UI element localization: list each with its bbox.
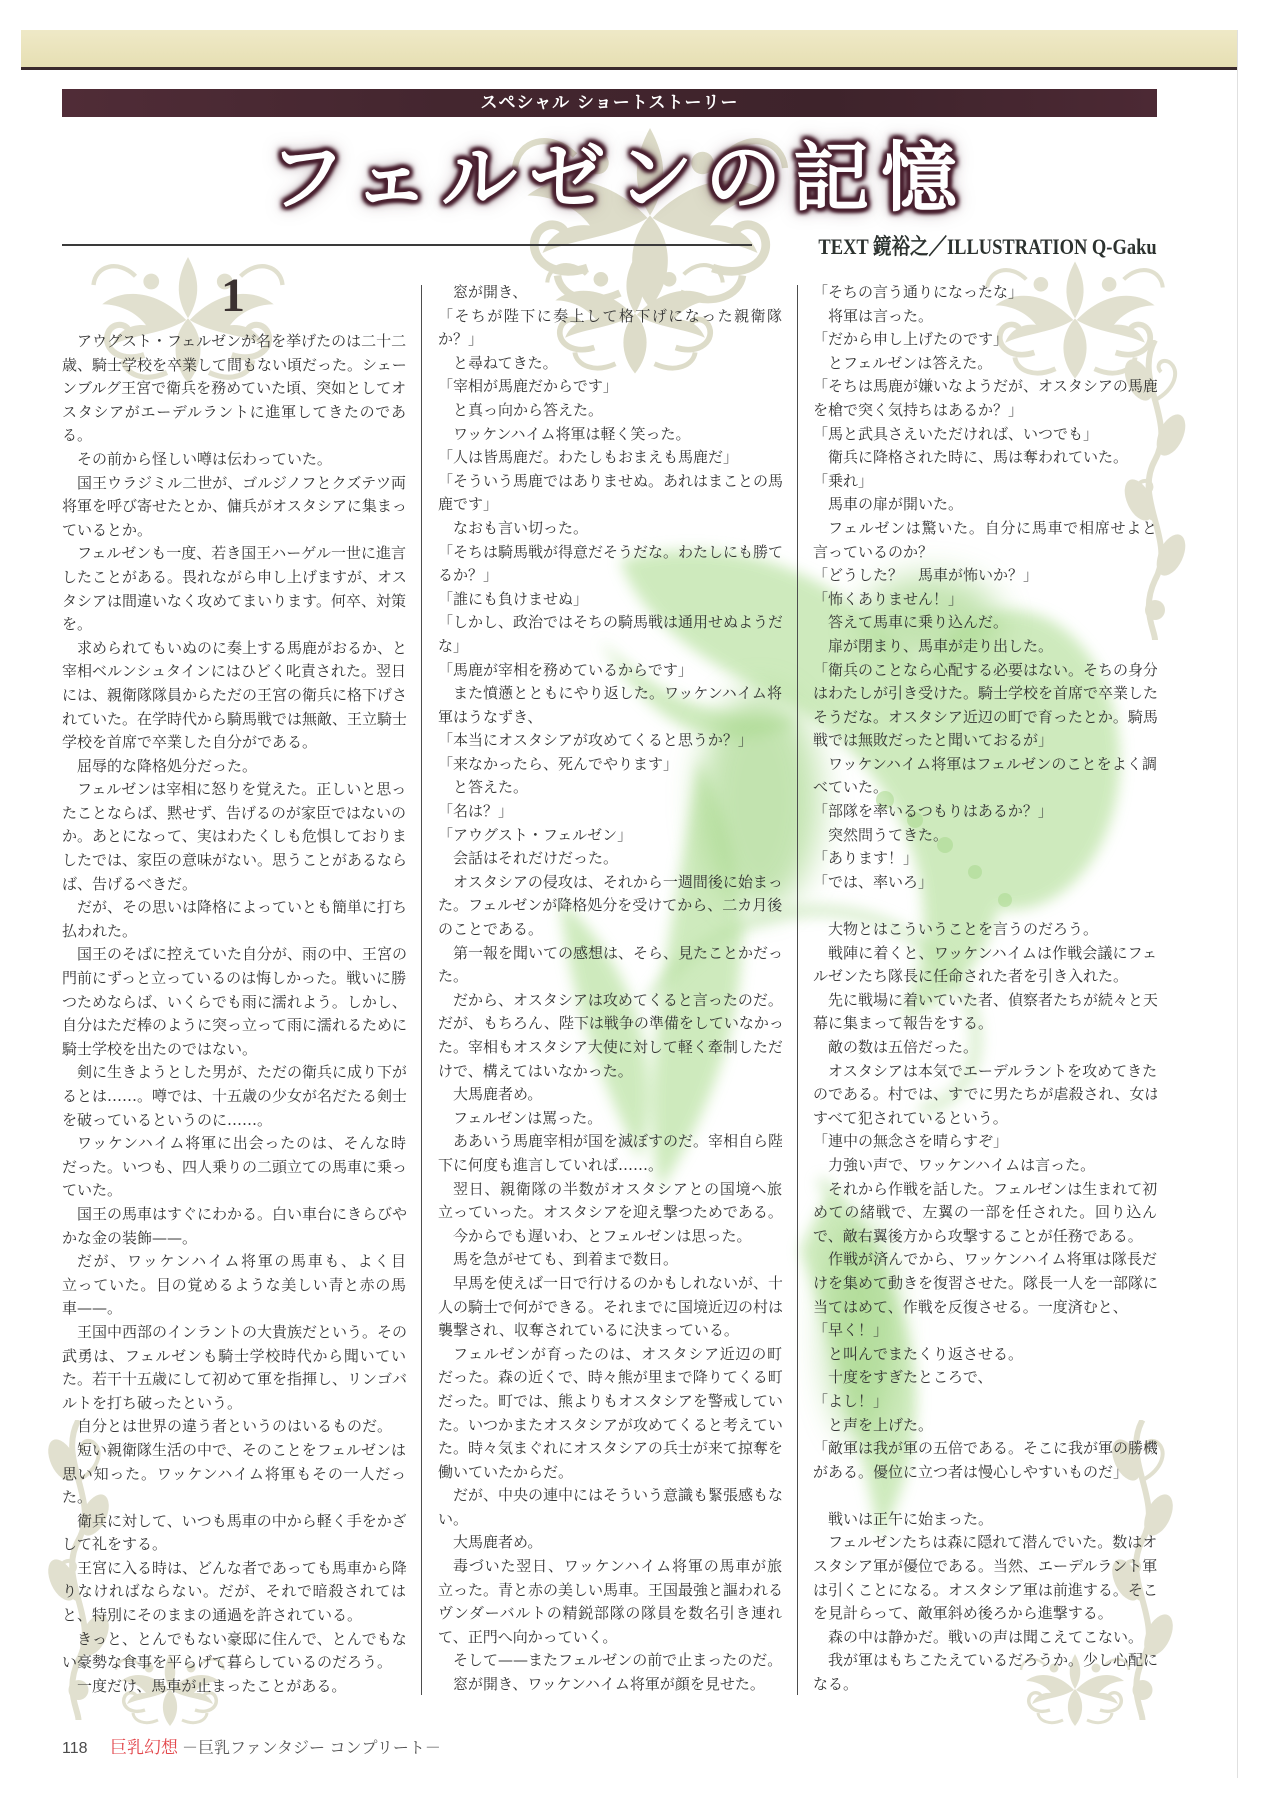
text-line: だった。森の近くで、時々熊が里まで降りてくる町 — [438, 1366, 782, 1390]
text-line: 「宰相が馬鹿だからです」 — [438, 375, 782, 399]
text-line: た。 — [438, 965, 782, 989]
text-line: 将軍は言った。 — [813, 305, 1157, 329]
narration-paragraph: 早馬を使えば一日で行けるのかもしれないが、十人の騎士で何ができる。それまでに国境… — [438, 1272, 782, 1343]
text-line: 「馬と武具さえいただければ、いつでも」 — [813, 423, 1157, 447]
text-line: フェルゼンは驚いた。自分に馬車で相席せよと — [813, 517, 1157, 541]
text-line: 突然問うてきた。 — [813, 824, 1157, 848]
text-line: 襲撃され、収奪されているに決まっている。 — [438, 1319, 782, 1343]
narration-paragraph: 十度をすぎたところで、 — [813, 1366, 1157, 1390]
text-line: だが、ワッケンハイム将軍の馬車も、よく目 — [62, 1250, 406, 1274]
text-line: を見計らって、敵軍斜め後ろから進撃する。 — [813, 1602, 1157, 1626]
scene-break — [813, 1484, 1157, 1508]
text-line: また憤懣とともにやり返した。ワッケンハイム将 — [438, 682, 782, 706]
narration-paragraph: ワッケンハイム将軍に出会ったのは、そんな時だった。いつも、四人乗りの二頭立ての馬… — [62, 1132, 406, 1203]
text-line: したでは、家臣の意味がない。思うことがあるなら — [62, 849, 406, 873]
text-line: 言っているのか？ — [813, 541, 1157, 565]
narration-paragraph: 屈辱的な降格処分だった。 — [62, 755, 406, 779]
text-line: た。 — [62, 1486, 406, 1510]
text-line: た。フェルゼンが降格処分を受けてから、二カ月後 — [438, 894, 782, 918]
text-line: 戦では無敗だったと聞いておるが」 — [813, 729, 1157, 753]
text-line: と尋ねてきた。 — [438, 352, 782, 376]
text-line: のことである。 — [438, 918, 782, 942]
text-line: 立った。青と赤の美しい馬車。王国最強と謳われる — [438, 1579, 782, 1603]
narration-paragraph: フェルゼンたちは森に隠れて潜んでいた。数はオスタシア軍が優位である。当然、エーデ… — [813, 1531, 1157, 1625]
narration-paragraph: フェルゼンは罵った。 — [438, 1107, 782, 1131]
text-line: か？」 — [438, 328, 782, 352]
text-line: だが、その思いは降格によっていとも簡単に打ち — [62, 896, 406, 920]
text-line: ルトを打ち破ったという。 — [62, 1392, 406, 1416]
dialogue-paragraph: 「名は？」 — [438, 800, 782, 824]
narration-paragraph: なおも言い切った。 — [438, 517, 782, 541]
text-line: 「敵軍は我が軍の五倍である。そこに我が軍の勝機 — [813, 1437, 1157, 1461]
narration-paragraph: 突然問うてきた。 — [813, 824, 1157, 848]
magazine-page: スペシャル ショートストーリー フェルゼンの記憶 TEXT 鏡裕之／ILLUST… — [0, 0, 1270, 1801]
text-line: な」 — [438, 635, 782, 659]
text-line: 「怖くありません！」 — [813, 588, 1157, 612]
text-line: れていた。在学時代から騎馬戦では無敵、王立騎士 — [62, 708, 406, 732]
text-line: して礼をする。 — [62, 1533, 406, 1557]
narration-paragraph: 将軍は言った。 — [813, 305, 1157, 329]
text-line: ルゼンたち隊長に任命された者を引き入れた。 — [813, 965, 1157, 989]
text-line: 立っていった。オスタシアを迎え撃つためである。 — [438, 1201, 782, 1225]
text-line: オスタシアは本気でエーデルラントを攻めてきた — [813, 1060, 1157, 1084]
narration-paragraph: そして——またフェルゼンの前で止まったのだ。 — [438, 1649, 782, 1673]
text-line: 答えて馬車に乗り込んだ。 — [813, 611, 1157, 635]
narration-paragraph: 我が軍はもちこたえているだろうか。少し心配になる。 — [813, 1649, 1157, 1696]
narration-paragraph: 答えて馬車に乗り込んだ。 — [813, 611, 1157, 635]
text-line: 今からでも遅いわ、とフェルゼンは思った。 — [438, 1225, 782, 1249]
text-line: 「名は？」 — [438, 800, 782, 824]
text-line: 立っていた。目の覚めるような美しい青と赤の馬 — [62, 1274, 406, 1298]
text-line: る。 — [62, 424, 406, 448]
text-line: その前から怪しい噂は伝わっていた。 — [62, 448, 406, 472]
page-edge-line — [1237, 30, 1238, 1778]
chapter-number: 1 — [62, 268, 404, 324]
narration-paragraph: 馬車の扉が開いた。 — [813, 493, 1157, 517]
text-line: を。 — [62, 613, 406, 637]
narration-paragraph: とフェルゼンは答えた。 — [813, 352, 1157, 376]
narration-paragraph: ワッケンハイム将軍は軽く笑った。 — [438, 423, 782, 447]
narration-paragraph: 自分とは世界の違う者というのはいるものだ。 — [62, 1415, 406, 1439]
text-line: そうだな。オスタシア近辺の町で育ったとか。騎馬 — [813, 706, 1157, 730]
narration-paragraph: 求められてもいぬのに奏上する馬鹿がおるか、と宰相ベルンシュタインにはひどく叱責さ… — [62, 637, 406, 755]
text-line: 「では、率いろ」 — [813, 871, 1157, 895]
text-line: フェルゼンは罵った。 — [438, 1107, 782, 1131]
dialogue-paragraph: 「馬と武具さえいただければ、いつでも」 — [813, 423, 1157, 447]
narration-paragraph: 翌日、親衛隊の半数がオスタシアとの国境へ旅立っていった。オスタシアを迎え撃つため… — [438, 1178, 782, 1225]
text-line: た。若干十五歳にして初めて軍を指揮し、リンゴバ — [62, 1368, 406, 1392]
text-line: 王宮に入る時は、どんな者であっても馬車から降 — [62, 1557, 406, 1581]
dialogue-paragraph: 「どうした？ 馬車が怖いか？」 — [813, 564, 1157, 588]
text-line: 「そちは騎馬戦が得意だそうだな。わたしにも勝て — [438, 541, 782, 565]
dialogue-paragraph: 「だから申し上げたのです」 — [813, 328, 1157, 352]
text-line: 敵の数は五倍だった。 — [813, 1036, 1157, 1060]
text-line: 森の中は静かだ。戦いの声は聞こえてこない。 — [813, 1626, 1157, 1650]
text-line: 王国中西部のインラントの大貴族だという。その — [62, 1321, 406, 1345]
text-line: 思い知った。ワッケンハイム将軍もその一人だっ — [62, 1463, 406, 1487]
text-line: 衛兵に降格された時に、馬は奪われていた。 — [813, 446, 1157, 470]
narration-paragraph: 国王のそばに控えていた自分が、雨の中、王宮の門前にずっと立っているのは悔しかった… — [62, 943, 406, 1061]
narration-paragraph: ワッケンハイム将軍はフェルゼンのことをよく調べていた。 — [813, 753, 1157, 800]
text-line: 馬を急がせても、到着まで数日。 — [438, 1248, 782, 1272]
narration-paragraph: 短い親衛隊生活の中で、そのことをフェルゼンは思い知った。ワッケンハイム将軍もその… — [62, 1439, 406, 1510]
narration-paragraph: それから作戦を話した。フェルゼンは生まれて初めての緒戦で、左翼の一部を任された。… — [813, 1178, 1157, 1249]
text-line: 「そちが陛下に奏上して格下げになった親衛隊 — [438, 305, 782, 329]
text-line: つためならば、いくらでも雨に濡れよう。しかし、 — [62, 991, 406, 1015]
text-line: アウグスト・フェルゼンが名を挙げたのは二十二 — [62, 330, 406, 354]
text-line: 戦いは正午に始まった。 — [813, 1508, 1157, 1532]
narration-paragraph: 会話はそれだけだった。 — [438, 847, 782, 871]
text-line: べていた。 — [813, 776, 1157, 800]
narration-paragraph: と叫んでまたくり返させる。 — [813, 1343, 1157, 1367]
narration-paragraph: 力強い声で、ワッケンハイムは言った。 — [813, 1154, 1157, 1178]
dialogue-paragraph: 「敵軍は我が軍の五倍である。そこに我が軍の勝機がある。優位に立つ者は慢心しやすい… — [813, 1437, 1157, 1484]
text-line: 馬車の扉が開いた。 — [813, 493, 1157, 517]
text-line: スタシアがエーデルラントに進軍してきたのであ — [62, 401, 406, 425]
text-line: には、親衛隊隊員からただの王宮の衛兵に格下げさ — [62, 684, 406, 708]
text-line: フェルゼンたちは森に隠れて潜んでいた。数はオ — [813, 1531, 1157, 1555]
text-line: 第一報を聞いての感想は、そら、見たことかだっ — [438, 942, 782, 966]
narration-paragraph: 剣に生きようとした男が、ただの衛兵に成り下がるとは……。噂では、十五歳の少女が名… — [62, 1061, 406, 1132]
narration-paragraph: フェルゼンは宰相に怒りを覚えた。正しいと思ったことならば、黙せず、告げるのが家臣… — [62, 778, 406, 896]
text-line: 「人は皆馬鹿だ。わたしもおまえも馬鹿だ」 — [438, 446, 782, 470]
text-line: フェルゼンも一度、若き国王ハーゲル一世に進言 — [62, 542, 406, 566]
text-line: 我が軍はもちこたえているだろうか。少し心配に — [813, 1649, 1157, 1673]
text-line: ンブルグ王宮で衛兵を務めていた頃、突如としてオ — [62, 377, 406, 401]
text-line: スタシア軍が優位である。当然、エーデルラント軍 — [813, 1555, 1157, 1579]
text-line: と、特別にそのままの通過を許されている。 — [62, 1604, 406, 1628]
dialogue-paragraph: 「乗れ」 — [813, 470, 1157, 494]
text-line: とフェルゼンは答えた。 — [813, 352, 1157, 376]
text-line: はわたしが引き受けた。騎士学校を首席で卒業した — [813, 682, 1157, 706]
narration-paragraph: 王宮に入る時は、どんな者であっても馬車から降りなければならない。だが、それで暗殺… — [62, 1557, 406, 1628]
dialogue-paragraph: 「しかし、政治ではそちの騎馬戦は通用せぬようだな」 — [438, 611, 782, 658]
byline-rule — [62, 244, 752, 246]
dialogue-paragraph: 「そちは馬鹿が嫌いなようだが、オスタシアの馬鹿を槍で突く気持ちはあるか？」 — [813, 375, 1157, 422]
narration-paragraph: 国王ウラジミル二世が、ゴルジノフとクズテツ両将軍を呼び寄せたとか、傭兵がオスタシ… — [62, 472, 406, 543]
text-line: た。宰相もオスタシア大使に対して軽く牽制しただ — [438, 1036, 782, 1060]
text-line: だが、もちろん、陛下は戦争の準備をしていなかっ — [438, 1012, 782, 1036]
dialogue-paragraph: 「そちが陛下に奏上して格下げになった親衛隊か？」 — [438, 305, 782, 352]
text-line: 「そちの言う通りになったな」 — [813, 281, 1157, 305]
text-line: それから作戦を話した。フェルゼンは生まれて初 — [813, 1178, 1157, 1202]
narration-paragraph: 窓が開き、 — [438, 281, 782, 305]
text-line: 短い親衛隊生活の中で、そのことをフェルゼンは — [62, 1439, 406, 1463]
dialogue-paragraph: 「馬鹿が宰相を務めているからです」 — [438, 659, 782, 683]
text-line: は引くことになる。オスタシア軍は前進する。そこ — [813, 1579, 1157, 1603]
narration-paragraph: 王国中西部のインラントの大貴族だという。その武勇は、フェルゼンも騎士学校時代から… — [62, 1321, 406, 1415]
narration-paragraph: オスタシアは本気でエーデルラントを攻めてきたのである。村では、すでに男たちが虐殺… — [813, 1060, 1157, 1131]
text-line: 先に戦場に着いていた者、偵察者たちが続々と天 — [813, 989, 1157, 1013]
text-line: と声を上げた。 — [813, 1414, 1157, 1438]
text-line: 「乗れ」 — [813, 470, 1157, 494]
dialogue-paragraph: 「連中の無念さを晴らすぞ」 — [813, 1130, 1157, 1154]
dialogue-paragraph: 「来なかったら、死んでやります」 — [438, 753, 782, 777]
text-line: 自分はただ棒のように突っ立って雨に濡れるために — [62, 1014, 406, 1038]
narration-paragraph: 一度だけ、馬車が止まったことがある。 — [62, 1675, 406, 1699]
text-line: 屈辱的な降格処分だった。 — [62, 755, 406, 779]
narration-paragraph: アウグスト・フェルゼンが名を挙げたのは二十二歳、騎士学校を卒業して間もない頃だっ… — [62, 330, 406, 448]
book-subtitle: －巨乳ファンタジー コンプリート－ — [182, 1740, 441, 1757]
narration-paragraph: 作戦が済んでから、ワッケンハイム将軍は隊長だけを集めて動きを復習させた。隊長一人… — [813, 1248, 1157, 1319]
text-line: 武勇は、フェルゼンも騎士学校時代から聞いてい — [62, 1345, 406, 1369]
dialogue-paragraph: 「早く！」 — [813, 1319, 1157, 1343]
narration-paragraph: また憤懣とともにやり返した。ワッケンハイム将軍はうなずき、 — [438, 682, 782, 729]
text-line: タシアは間違いなく攻めてまいります。何卒、対策 — [62, 590, 406, 614]
text-line: そして——またフェルゼンの前で止まったのだ。 — [438, 1649, 782, 1673]
text-line: 衛兵に対して、いつも馬車の中から軽く手をかざ — [62, 1510, 406, 1534]
text-line: 大物とはこういうことを言うのだろう。 — [813, 918, 1157, 942]
text-line: 学校を首席で卒業した自分がである。 — [62, 731, 406, 755]
dialogue-paragraph: 「誰にも負けませぬ」 — [438, 588, 782, 612]
text-line: 「馬鹿が宰相を務めているからです」 — [438, 659, 782, 683]
dialogue-paragraph: 「そちは騎馬戦が得意だそうだな。わたしにも勝てるか？」 — [438, 541, 782, 588]
text-line: るとは……。噂では、十五歳の少女が名だたる剣士 — [62, 1085, 406, 1109]
narration-paragraph: だが、中央の連中にはそういう意識も緊張感もない。 — [438, 1484, 782, 1531]
text-line: 払われた。 — [62, 920, 406, 944]
text-line: と叫んでまたくり返させる。 — [813, 1343, 1157, 1367]
narration-paragraph: 扉が閉まり、馬車が走り出した。 — [813, 635, 1157, 659]
text-line: 人の騎士で何ができる。それまでに国境近辺の村は — [438, 1296, 782, 1320]
text-line: だから、オスタシアは攻めてくると言ったのだ。 — [438, 989, 782, 1013]
text-line: 剣に生きようとした男が、ただの衛兵に成り下が — [62, 1061, 406, 1085]
text-line: 「来なかったら、死んでやります」 — [438, 753, 782, 777]
text-line: したことがある。畏れながら申し上げますが、オス — [62, 566, 406, 590]
series-banner: スペシャル ショートストーリー — [62, 89, 1157, 117]
narration-paragraph: 戦いは正午に始まった。 — [813, 1508, 1157, 1532]
text-line: きっと、とんでもない豪邸に住んで、とんでもな — [62, 1628, 406, 1652]
text-line: 会話はそれだけだった。 — [438, 847, 782, 871]
text-line: 求められてもいぬのに奏上する馬鹿がおるか、と — [62, 637, 406, 661]
text-line: 十度をすぎたところで、 — [813, 1366, 1157, 1390]
narration-paragraph: だから、オスタシアは攻めてくると言ったのだ。だが、もちろん、陛下は戦争の準備をし… — [438, 989, 782, 1083]
text-line: フェルゼンは宰相に怒りを覚えた。正しいと思っ — [62, 778, 406, 802]
text-line: 「あります！」 — [813, 847, 1157, 871]
text-line: 「だから申し上げたのです」 — [813, 328, 1157, 352]
text-line: ていた。 — [62, 1179, 406, 1203]
text-line: ああいう馬鹿宰相が国を滅ぼすのだ。宰相自ら陛 — [438, 1130, 782, 1154]
narration-paragraph: 窓が開き、ワッケンハイム将軍が顔を見せた。 — [438, 1673, 782, 1697]
text-line: 「本当にオスタシアが攻めてくると思うか？」 — [438, 729, 782, 753]
narration-paragraph: フェルゼンは驚いた。自分に馬車で相席せよと言っているのか？ — [813, 517, 1157, 564]
text-line: けで、構えてはいなかった。 — [438, 1060, 782, 1084]
text-line: 「連中の無念さを晴らすぞ」 — [813, 1130, 1157, 1154]
text-line: 鹿です」 — [438, 493, 782, 517]
text-line: 「そちは馬鹿が嫌いなようだが、オスタシアの馬鹿 — [813, 375, 1157, 399]
page-footer: 118巨乳幻想－巨乳ファンタジー コンプリート－ — [62, 1737, 441, 1759]
text-line: 働いていたからだ。 — [438, 1461, 782, 1485]
text-line: 「しかし、政治ではそちの騎馬戦は通用せぬようだ — [438, 611, 782, 635]
text-line: 自分とは世界の違う者というのはいるものだ。 — [62, 1415, 406, 1439]
text-line: 「部隊を率いるつもりはあるか？」 — [813, 800, 1157, 824]
text-line: と答えた。 — [438, 776, 782, 800]
narration-paragraph: 大馬鹿者め。 — [438, 1083, 782, 1107]
story-title: フェルゼンの記憶 — [0, 136, 1226, 220]
text-line: 作戦が済んでから、ワッケンハイム将軍は隊長だ — [813, 1248, 1157, 1272]
text-line: だった。いつも、四人乗りの二頭立ての馬車に乗っ — [62, 1156, 406, 1180]
text-line: を槍で突く気持ちはあるか？」 — [813, 399, 1157, 423]
text-line: なる。 — [813, 1673, 1157, 1697]
text-line: 早馬を使えば一日で行けるのかもしれないが、十 — [438, 1272, 782, 1296]
text-line: 宰相ベルンシュタインにはひどく叱責された。翌日 — [62, 660, 406, 684]
text-line: 騎士学校を出たのではない。 — [62, 1038, 406, 1062]
text-line: 一度だけ、馬車が止まったことがある。 — [62, 1675, 406, 1699]
narration-paragraph: 馬を急がせても、到着まで数日。 — [438, 1248, 782, 1272]
narration-paragraph: 敵の数は五倍だった。 — [813, 1036, 1157, 1060]
byline-credits: TEXT 鏡裕之／ILLUSTRATION Q-Gaku — [819, 233, 1157, 261]
dialogue-paragraph: 「よし！」 — [813, 1390, 1157, 1414]
dialogue-paragraph: 「人は皆馬鹿だ。わたしもおまえも馬鹿だ」 — [438, 446, 782, 470]
narration-paragraph: ああいう馬鹿宰相が国を滅ぼすのだ。宰相自ら陛下に何度も進言していれば……。 — [438, 1130, 782, 1177]
column-divider — [797, 285, 798, 1695]
narration-paragraph: 大馬鹿者め。 — [438, 1531, 782, 1555]
narration-paragraph: 森の中は静かだ。戦いの声は聞こえてこない。 — [813, 1626, 1157, 1650]
text-line: 国王ウラジミル二世が、ゴルジノフとクズテツ両 — [62, 472, 406, 496]
text-line: めての緒戦で、左翼の一部を任された。回り込ん — [813, 1201, 1157, 1225]
narration-paragraph: 衛兵に降格された時に、馬は奪われていた。 — [813, 446, 1157, 470]
text-line: ヴンダーバルトの精鋭部隊の隊員を数名引き連れ — [438, 1602, 782, 1626]
dialogue-paragraph: 「では、率いろ」 — [813, 871, 1157, 895]
narration-paragraph: 衛兵に対して、いつも馬車の中から軽く手をかざして礼をする。 — [62, 1510, 406, 1557]
text-line: と真っ向から答えた。 — [438, 399, 782, 423]
text-line: 「よし！」 — [813, 1390, 1157, 1414]
text-line: 大馬鹿者め。 — [438, 1531, 782, 1555]
text-line: 軍はうなずき、 — [438, 706, 782, 730]
dialogue-paragraph: 「怖くありません！」 — [813, 588, 1157, 612]
narration-paragraph: 毒づいた翌日、ワッケンハイム将軍の馬車が旅立った。青と赤の美しい馬車。王国最強と… — [438, 1555, 782, 1649]
narration-paragraph: 国王の馬車はすぐにわかる。白い車台にきらびやかな金の装飾——。 — [62, 1203, 406, 1250]
text-line: ワッケンハイム将軍はフェルゼンのことをよく調 — [813, 753, 1157, 777]
text-line: 力強い声で、ワッケンハイムは言った。 — [813, 1154, 1157, 1178]
text-line: か。あとになって、実はわたくしも危惧しておりま — [62, 825, 406, 849]
text-line: 当てはめて、作戦を反復させる。一度済むと、 — [813, 1296, 1157, 1320]
text-line: のである。村では、すでに男たちが虐殺され、女は — [813, 1083, 1157, 1107]
text-line: 毒づいた翌日、ワッケンハイム将軍の馬車が旅 — [438, 1555, 782, 1579]
narration-paragraph: 今からでも遅いわ、とフェルゼンは思った。 — [438, 1225, 782, 1249]
text-line: だった。町では、熊よりもオスタシアを警戒してい — [438, 1390, 782, 1414]
text-line: 窓が開き、 — [438, 281, 782, 305]
text-line: ワッケンハイム将軍は軽く笑った。 — [438, 423, 782, 447]
text-line: い。 — [438, 1508, 782, 1532]
text-line: 国王のそばに控えていた自分が、雨の中、王宮の — [62, 943, 406, 967]
text-line: すべて犯されているという。 — [813, 1107, 1157, 1131]
text-line: ているとか。 — [62, 519, 406, 543]
text-line: た。時々気まぐれにオスタシアの兵士が来て掠奪を — [438, 1437, 782, 1461]
text-line: だが、中央の連中にはそういう意識も緊張感もな — [438, 1484, 782, 1508]
text-line: 「誰にも負けませぬ」 — [438, 588, 782, 612]
narration-paragraph: 第一報を聞いての感想は、そら、見たことかだった。 — [438, 942, 782, 989]
dialogue-paragraph: 「あります！」 — [813, 847, 1157, 871]
text-line: 「早く！」 — [813, 1319, 1157, 1343]
narration-paragraph: オスタシアの侵攻は、それから一週間後に始まった。フェルゼンが降格処分を受けてから… — [438, 871, 782, 942]
text-line: たことならば、黙せず、告げるのが家臣ではないの — [62, 802, 406, 826]
text-line: 「どうした？ 馬車が怖いか？」 — [813, 564, 1157, 588]
narration-paragraph: と声を上げた。 — [813, 1414, 1157, 1438]
book-title: 巨乳幻想 — [110, 1738, 178, 1757]
text-line: オスタシアの侵攻は、それから一週間後に始まっ — [438, 871, 782, 895]
text-column-3: 「そちの言う通りになったな」将軍は言った。「だから申し上げたのです」とフェルゼン… — [813, 281, 1157, 1697]
dialogue-paragraph: 「そういう馬鹿ではありませぬ。あれはまことの馬鹿です」 — [438, 470, 782, 517]
narration-paragraph: と真っ向から答えた。 — [438, 399, 782, 423]
text-line: がある。優位に立つ者は慢心しやすいものだ」 — [813, 1461, 1157, 1485]
text-line: 「衛兵のことなら心配する必要はない。そちの身分 — [813, 659, 1157, 683]
text-line: るか？」 — [438, 564, 782, 588]
text-line: 「アウグスト・フェルゼン」 — [438, 824, 782, 848]
narration-paragraph: 先に戦場に着いていた者、偵察者たちが続々と天幕に集まって報告をする。 — [813, 989, 1157, 1036]
column-divider — [421, 285, 422, 1695]
scene-break — [813, 894, 1157, 918]
text-line: 歳、騎士学校を卒業して間もない頃だった。シェー — [62, 354, 406, 378]
text-line: を破っているというのに……。 — [62, 1109, 406, 1133]
text-line: で、敵右翼後方から攻撃することが任務である。 — [813, 1225, 1157, 1249]
dialogue-paragraph: 「宰相が馬鹿だからです」 — [438, 375, 782, 399]
narration-paragraph: 戦陣に着くと、ワッケンハイムは作戦会議にフェルゼンたち隊長に任命された者を引き入… — [813, 942, 1157, 989]
dialogue-paragraph: 「部隊を率いるつもりはあるか？」 — [813, 800, 1157, 824]
page-number: 118 — [62, 1738, 110, 1760]
narration-paragraph: フェルゼンが育ったのは、オスタシア近辺の町だった。森の近くで、時々熊が里まで降り… — [438, 1343, 782, 1485]
narration-paragraph: 大物とはこういうことを言うのだろう。 — [813, 918, 1157, 942]
text-line: 翌日、親衛隊の半数がオスタシアとの国境へ旅 — [438, 1178, 782, 1202]
text-line: けを集めて動きを復習させた。隊長一人を一部隊に — [813, 1272, 1157, 1296]
text-line: かな金の装飾——。 — [62, 1227, 406, 1251]
top-color-band — [21, 30, 1237, 70]
text-line: 下に何度も進言していれば……。 — [438, 1154, 782, 1178]
narration-paragraph: と尋ねてきた。 — [438, 352, 782, 376]
text-line: 「そういう馬鹿ではありませぬ。あれはまことの馬 — [438, 470, 782, 494]
text-line: ば、告げるべきだ。 — [62, 873, 406, 897]
text-line: ワッケンハイム将軍に出会ったのは、そんな時 — [62, 1132, 406, 1156]
narration-paragraph: きっと、とんでもない豪邸に住んで、とんでもない豪勢な食事を平らげて暮らしているの… — [62, 1628, 406, 1675]
dialogue-paragraph: 「本当にオスタシアが攻めてくると思うか？」 — [438, 729, 782, 753]
text-column-2: 窓が開き、「そちが陛下に奏上して格下げになった親衛隊か？」と尋ねてきた。「宰相が… — [438, 281, 782, 1697]
text-line: 国王の馬車はすぐにわかる。白い車台にきらびや — [62, 1203, 406, 1227]
dialogue-paragraph: 「そちの言う通りになったな」 — [813, 281, 1157, 305]
text-line: て、正門へ向かっていく。 — [438, 1626, 782, 1650]
text-line: りなければならない。だが、それで暗殺されては — [62, 1580, 406, 1604]
text-line: 幕に集まって報告をする。 — [813, 1012, 1157, 1036]
narration-paragraph: だが、その思いは降格によっていとも簡単に打ち払われた。 — [62, 896, 406, 943]
text-column-1: アウグスト・フェルゼンが名を挙げたのは二十二歳、騎士学校を卒業して間もない頃だっ… — [62, 330, 406, 1698]
text-line: 門前にずっと立っているのは悔しかった。戦いに勝 — [62, 967, 406, 991]
narration-paragraph: フェルゼンも一度、若き国王ハーゲル一世に進言したことがある。畏れながら申し上げま… — [62, 542, 406, 636]
text-line: 車——。 — [62, 1297, 406, 1321]
narration-paragraph: と答えた。 — [438, 776, 782, 800]
text-line: フェルゼンが育ったのは、オスタシア近辺の町 — [438, 1343, 782, 1367]
text-line: 大馬鹿者め。 — [438, 1083, 782, 1107]
text-line: 将軍を呼び寄せたとか、傭兵がオスタシアに集まっ — [62, 495, 406, 519]
text-line: い豪勢な食事を平らげて暮らしているのだろう。 — [62, 1651, 406, 1675]
text-line: なおも言い切った。 — [438, 517, 782, 541]
narration-paragraph: その前から怪しい噂は伝わっていた。 — [62, 448, 406, 472]
narration-paragraph: だが、ワッケンハイム将軍の馬車も、よく目立っていた。目の覚めるような美しい青と赤… — [62, 1250, 406, 1321]
dialogue-paragraph: 「アウグスト・フェルゼン」 — [438, 824, 782, 848]
text-line: 窓が開き、ワッケンハイム将軍が顔を見せた。 — [438, 1673, 782, 1697]
text-line: 戦陣に着くと、ワッケンハイムは作戦会議にフェ — [813, 942, 1157, 966]
text-line: た。いつかまたオスタシアが攻めてくると考えてい — [438, 1414, 782, 1438]
text-line: 扉が閉まり、馬車が走り出した。 — [813, 635, 1157, 659]
dialogue-paragraph: 「衛兵のことなら心配する必要はない。そちの身分はわたしが引き受けた。騎士学校を首… — [813, 659, 1157, 753]
